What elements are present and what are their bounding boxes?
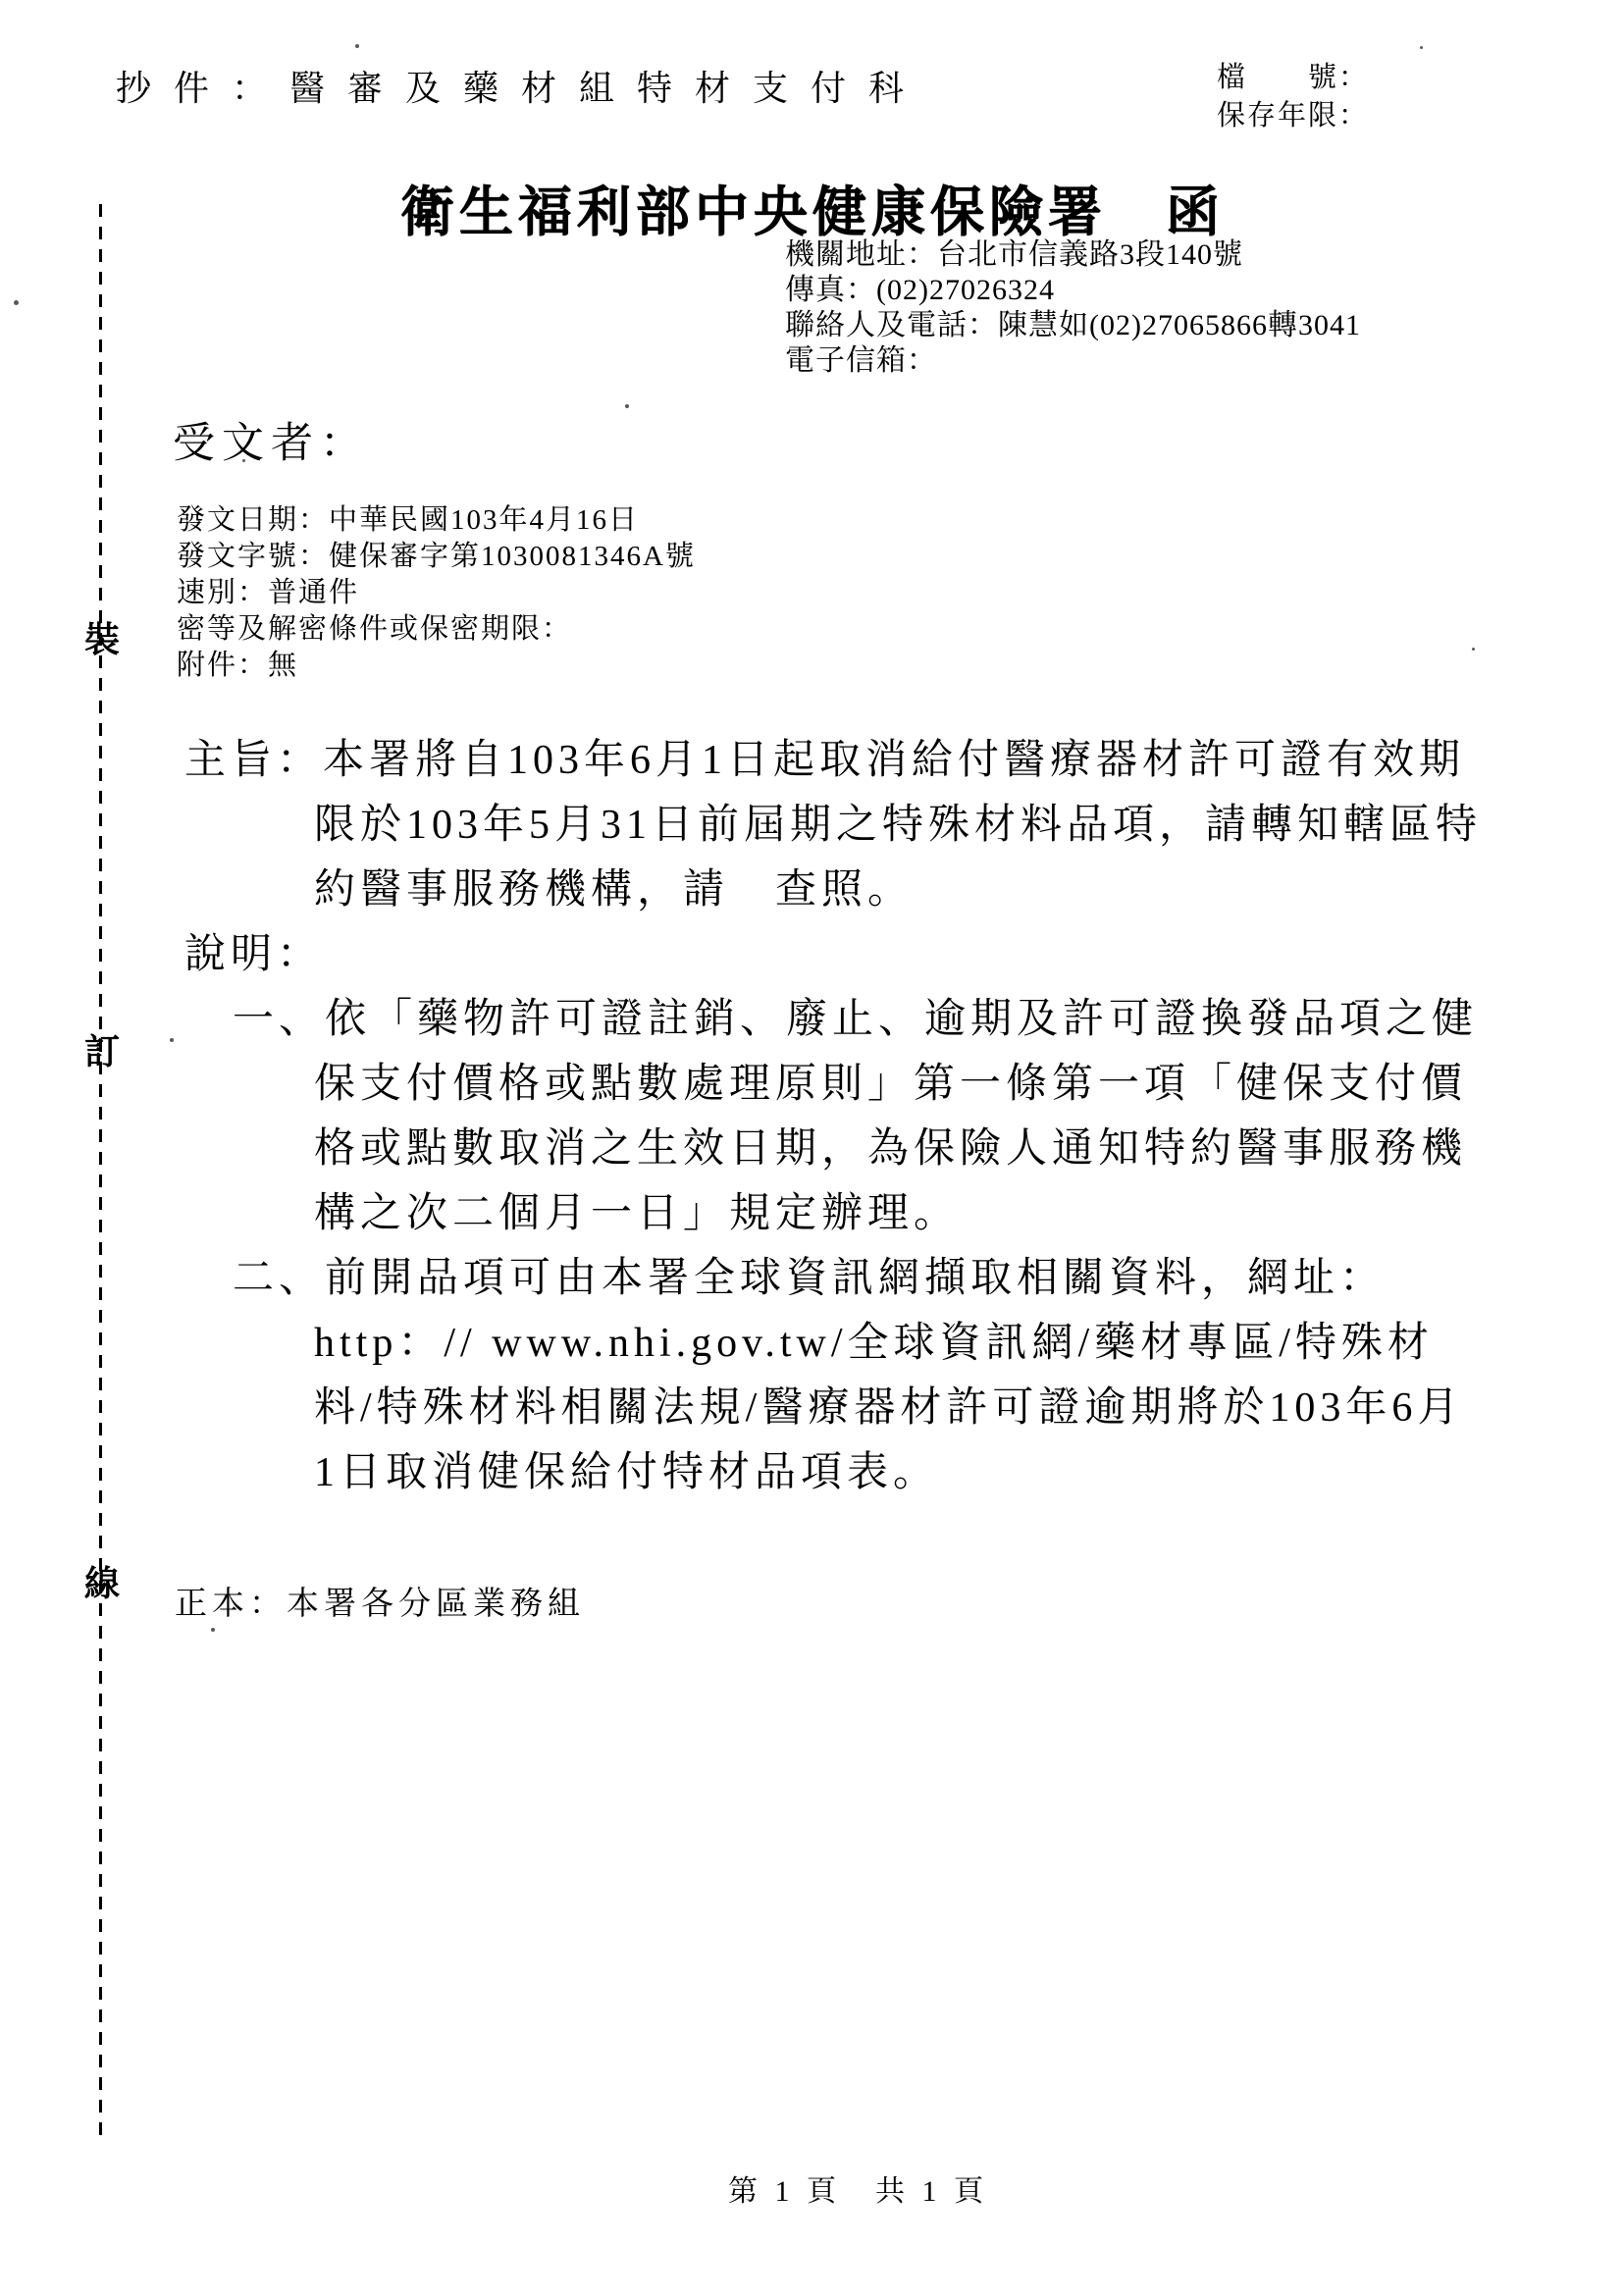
explanation-item-1: 一、依「藥物許可證註銷、廢止、逾期及許可證換發品項之健 [233,987,1482,1052]
subject-line: 限於103年5月31日前屆期之特殊材料品項，請轉知轄區特 [314,793,1482,858]
explanation-item-2-line: 1日取消健保給付特材品項表。 [314,1440,1482,1505]
agency-info-block: 機關地址：台北市信義路3段140號 傳真：(02)27026324 聯絡人及電話… [785,237,1361,379]
item-number: 一、 [233,997,325,1042]
original-copy-line: 正本：本署各分區業務組 [175,1578,585,1624]
agency-contact-person: 聯絡人及電話：陳慧如(02)27065866轉3041 [785,308,1361,343]
document-body: 主旨：本署將自103年6月1日起取消給付醫療器材許可證有效期 限於103年5月3… [184,728,1482,1505]
explanation-item-1-line: 構之次二個月一日」規定辦理。 [314,1181,1482,1246]
scan-speck [170,1038,174,1042]
scan-speck [625,404,629,408]
binding-mark-ding: 訂 [84,1024,120,1074]
scan-speck [1084,228,1087,231]
issue-number-line: 發文字號：健保審字第1030081346A號 [177,539,696,575]
scan-speck [14,300,19,305]
explanation-item-1-line: 保支付價格或點數處理原則」第一條第一項「健保支付價 [314,1052,1482,1117]
subject-label: 主旨： [184,738,323,783]
subject-line: 約醫事服務機構，請 查照。 [314,858,1482,922]
page-number-footer: 第 1 頁 共 1 頁 [728,2166,988,2210]
binding-mark-zhuang: 裝 [84,612,120,662]
binding-mark-xian: 線 [84,1556,120,1606]
explanation-item-2: 二、前開品項可由本署全球資訊網擷取相關資料，網址： [233,1246,1482,1311]
speed-class-line: 速別：普通件 [177,575,696,611]
copy-to-line: 抄件：醫審及藥材組特材支付科 [116,61,926,111]
recipient-label: 受文者： [173,410,369,470]
subject-line: 主旨：本署將自103年6月1日起取消給付醫療器材許可證有效期 [184,728,1482,793]
document-meta-block: 發文日期：中華民國103年4月16日 發文字號：健保審字第1030081346A… [177,502,696,684]
agency-address: 機關地址：台北市信義路3段140號 [785,237,1361,273]
explanation-item-1-line: 格或點數取消之生效日期，為保險人通知特約醫事服務機 [314,1117,1482,1181]
explanation-item-2-line: 料/特殊材料相關法規/醫療器材許可證逾期將於103年6月 [314,1376,1482,1440]
file-number-block: 檔 號： 保存年限： [1217,59,1369,135]
scan-speck [1472,648,1475,651]
item-number: 二、 [233,1256,325,1301]
document-title: 衛生福利部中央健康保險署 函 [400,169,1225,246]
scan-speck [355,44,359,48]
document-page: 抄件：醫審及藥材組特材支付科 檔 號： 保存年限： 衛生福利部中央健康保險署 函… [0,0,1623,2296]
explanation-item-2-line: http：// www.nhi.gov.tw/全球資訊網/藥材專區/特殊材 [314,1311,1482,1376]
binding-dashed-line [99,204,102,2142]
scan-speck [1420,46,1423,49]
item-text: 前開品項可由本署全球資訊網擷取相關資料，網址： [325,1256,1386,1301]
retention-period-label: 保存年限： [1217,97,1369,135]
agency-fax: 傳真：(02)27026324 [785,273,1361,308]
security-class-line: 密等及解密條件或保密期限： [177,611,696,648]
agency-email: 電子信箱： [785,343,1361,379]
explanation-label: 說明： [184,922,1482,987]
subject-text: 本署將自103年6月1日起取消給付醫療器材許可證有效期 [323,738,1465,783]
attachment-line: 附件：無 [177,648,696,684]
file-number-label: 檔 號： [1217,59,1369,97]
scan-speck [242,459,245,462]
issue-date-line: 發文日期：中華民國103年4月16日 [177,502,696,539]
scan-speck [211,1628,215,1632]
item-text: 依「藥物許可證註銷、廢止、逾期及許可證換發品項之健 [325,997,1478,1042]
